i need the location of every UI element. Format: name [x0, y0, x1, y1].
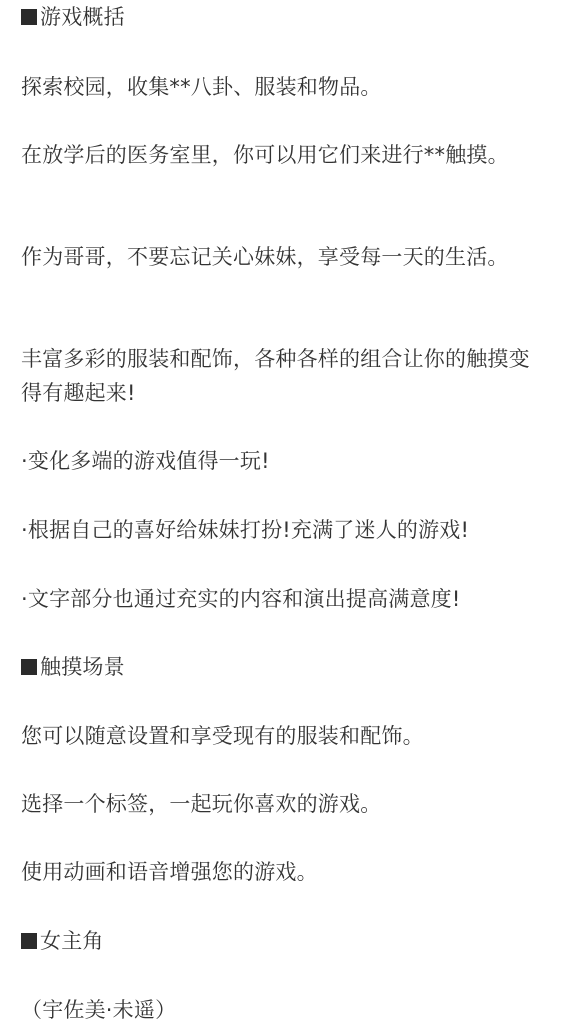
feature-bullet: ·文字部分也通过充实的内容和演出提高满意度! [21, 582, 561, 616]
heading-text: 游戏概括 [40, 5, 125, 29]
feature-bullet: ·根据自己的喜好给妹妹打扮!充满了迷人的游戏! [21, 513, 561, 547]
square-bullet-icon [21, 933, 37, 949]
feature-bullet: ·变化多端的游戏值得一玩! [21, 444, 561, 478]
paragraph: 作为哥哥，不要忘记关心妹妹，享受每一天的生活。 [21, 240, 521, 274]
heading-text: 触摸场景 [40, 655, 125, 679]
paragraph: 探索校园，收集**八卦、服装和物品。 [21, 70, 561, 104]
paragraph: 选择一个标签，一起玩你喜欢的游戏。 [21, 787, 561, 821]
paragraph: 在放学后的医务室里，你可以用它们来进行**触摸。 [21, 138, 521, 172]
heroine-name: （宇佐美·未遥） [21, 993, 561, 1024]
paragraph: 使用动画和语音增强您的游戏。 [21, 855, 561, 889]
section-heading-heroine: 女主角 [21, 924, 561, 958]
paragraph: 您可以随意设置和享受现有的服装和配饰。 [21, 719, 561, 753]
section-heading-touch-scene: 触摸场景 [21, 650, 561, 684]
paragraph: 丰富多彩的服装和配饰，各种各样的组合让你的触摸变得有趣起来! [21, 342, 546, 410]
section-heading-game-overview: 游戏概括 [21, 0, 561, 34]
square-bullet-icon [21, 659, 37, 675]
square-bullet-icon [21, 9, 37, 25]
heading-text: 女主角 [40, 929, 104, 953]
